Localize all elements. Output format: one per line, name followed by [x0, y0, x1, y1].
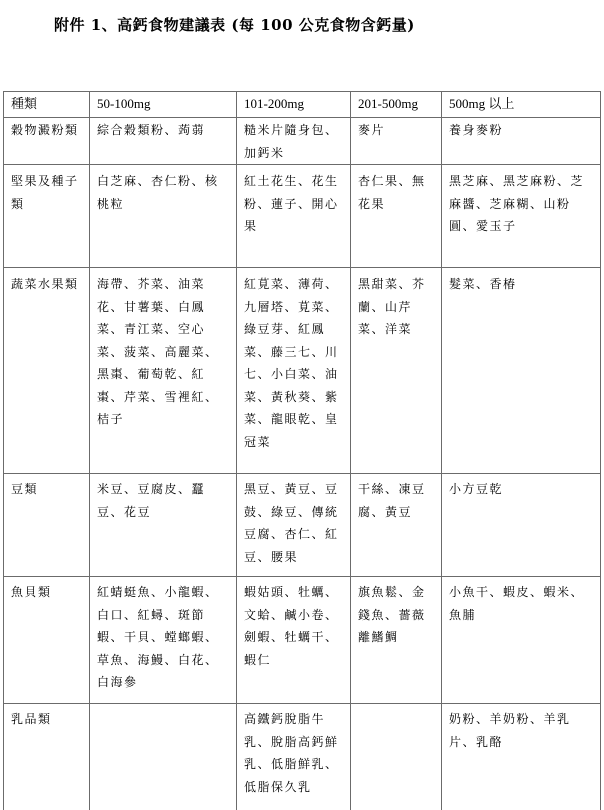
header-50-100mg: 50-100mg: [90, 92, 237, 118]
table-row: 乳品類 高鐵鈣脫脂牛乳、脫脂高鈣鮮乳、低脂鮮乳、低脂保久乳 奶粉、羊奶粉、羊乳片…: [4, 704, 601, 810]
table-cell: 麥片: [351, 118, 442, 165]
table-cell: 高鐵鈣脫脂牛乳、脫脂高鈣鮮乳、低脂鮮乳、低脂保久乳: [237, 704, 351, 810]
table-cell: 奶粉、羊奶粉、羊乳片、乳酪: [442, 704, 601, 810]
table-cell: 黑芝麻、黑芝麻粉、芝麻醬、芝麻糊、山粉圓、愛玉子: [442, 165, 601, 268]
table-row: 蔬菜水果類 海帶、芥菜、油菜花、甘薯葉、白鳳菜、青江菜、空心菜、菠菜、高麗菜、黑…: [4, 268, 601, 474]
table-cell: 小魚干、蝦皮、蝦米、魚脯: [442, 577, 601, 704]
calcium-food-table: 種類 50-100mg 101-200mg 201-500mg 500mg 以上…: [3, 91, 601, 810]
row-category: 乳品類: [4, 704, 90, 810]
row-category: 堅果及種子類: [4, 165, 90, 268]
table-cell: 干絲、凍豆腐、黃豆: [351, 474, 442, 577]
table-cell: 蝦姑頭、牡蠣、文蛤、鹹小卷、劍蝦、牡蠣干、蝦仁: [237, 577, 351, 704]
table-cell: 黑豆、黃豆、豆鼓、綠豆、傳統豆腐、杏仁、紅豆、腰果: [237, 474, 351, 577]
table-cell: 白芝麻、杏仁粉、核桃粒: [90, 165, 237, 268]
header-101-200mg: 101-200mg: [237, 92, 351, 118]
table-cell: 綜合穀類粉、蒟蒻: [90, 118, 237, 165]
table-cell: 髮菜、香椿: [442, 268, 601, 474]
table-cell: [351, 704, 442, 810]
row-category: 魚貝類: [4, 577, 90, 704]
table-cell: 紅土花生、花生粉、蓮子、開心果: [237, 165, 351, 268]
row-category: 豆類: [4, 474, 90, 577]
row-category: 蔬菜水果類: [4, 268, 90, 474]
table-row: 堅果及種子類 白芝麻、杏仁粉、核桃粒 紅土花生、花生粉、蓮子、開心果 杏仁果、無…: [4, 165, 601, 268]
table-cell: 米豆、豆腐皮、蠶豆、花豆: [90, 474, 237, 577]
table-cell: 紅蜻蜓魚、小龍蝦、白口、紅蟳、斑節蝦、干貝、螳螂蝦、草魚、海鰻、白花、白海參: [90, 577, 237, 704]
header-category: 種類: [4, 92, 90, 118]
table-cell: 養身麥粉: [442, 118, 601, 165]
row-category: 穀物澱粉類: [4, 118, 90, 165]
table-cell: 糙米片隨身包、加鈣米: [237, 118, 351, 165]
table-row: 豆類 米豆、豆腐皮、蠶豆、花豆 黑豆、黃豆、豆鼓、綠豆、傳統豆腐、杏仁、紅豆、腰…: [4, 474, 601, 577]
table-cell: 黑甜菜、芥蘭、山芹菜、洋菜: [351, 268, 442, 474]
table-cell: 杏仁果、無花果: [351, 165, 442, 268]
table-row: 魚貝類 紅蜻蜓魚、小龍蝦、白口、紅蟳、斑節蝦、干貝、螳螂蝦、草魚、海鰻、白花、白…: [4, 577, 601, 704]
table-cell: 旗魚鬆、金錢魚、薔薇離鰭鯛: [351, 577, 442, 704]
document-title: 附件 1、高鈣食物建議表 (每 100 公克食物含鈣量): [54, 14, 415, 35]
table-header-row: 種類 50-100mg 101-200mg 201-500mg 500mg 以上: [4, 92, 601, 118]
table-cell: 紅莧菜、薄荷、九層塔、莧菜、綠豆芽、紅鳳菜、藤三七、川七、小白菜、油菜、黃秋葵、…: [237, 268, 351, 474]
table-cell: 海帶、芥菜、油菜花、甘薯葉、白鳳菜、青江菜、空心菜、菠菜、高麗菜、黑棗、葡萄乾、…: [90, 268, 237, 474]
header-201-500mg: 201-500mg: [351, 92, 442, 118]
table-row: 穀物澱粉類 綜合穀類粉、蒟蒻 糙米片隨身包、加鈣米 麥片 養身麥粉: [4, 118, 601, 165]
table-cell: 小方豆乾: [442, 474, 601, 577]
table-cell: [90, 704, 237, 810]
header-500mg-plus: 500mg 以上: [442, 92, 601, 118]
